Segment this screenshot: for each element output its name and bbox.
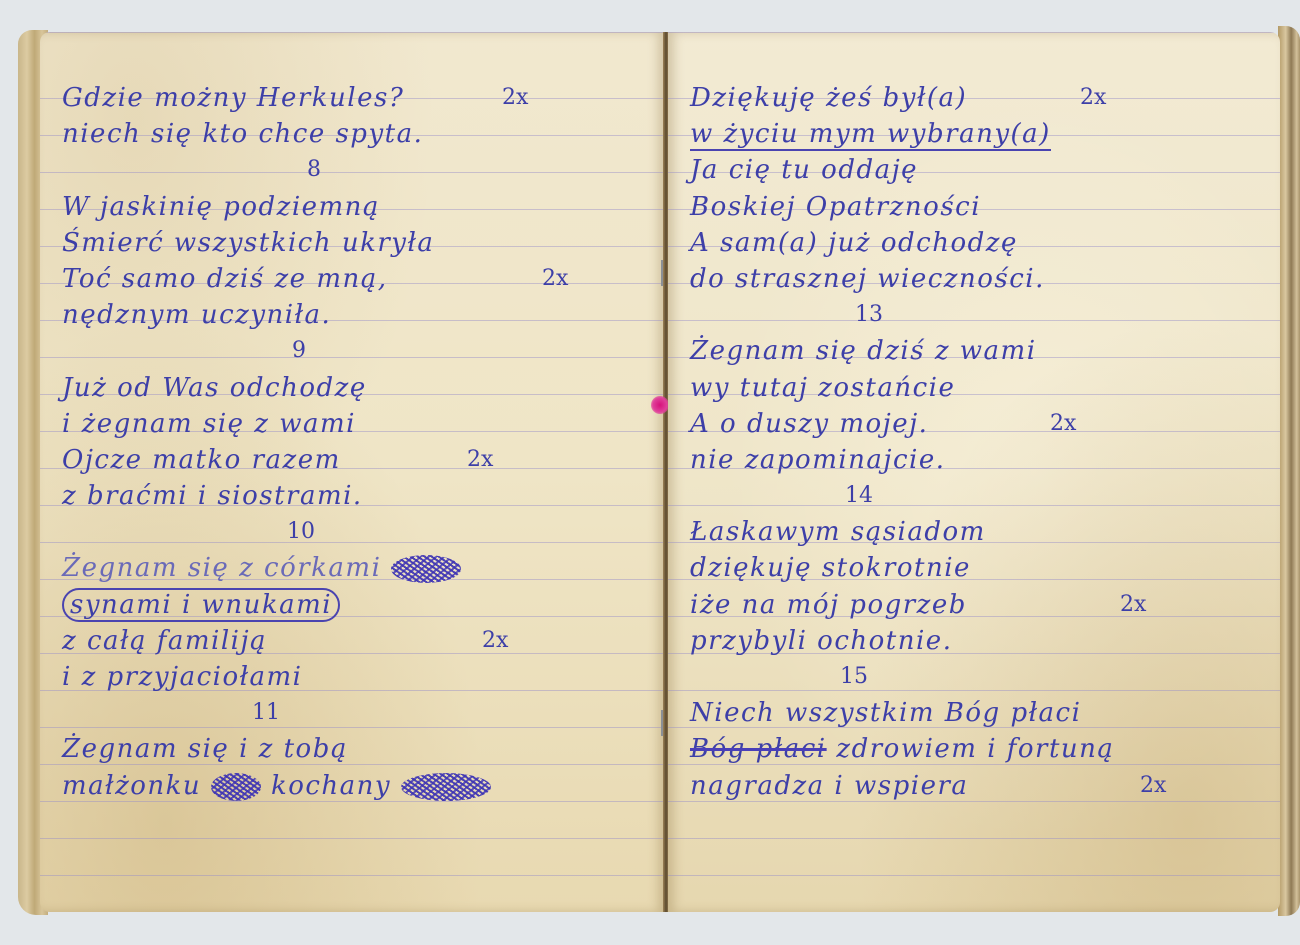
verse-number: 15 [690, 659, 1270, 695]
line-text: do strasznej wieczności. [690, 264, 1045, 294]
line-text: Ja cię tu oddaję [690, 155, 918, 185]
underlined-text: w życiu mym wybrany(a) [690, 119, 1051, 151]
text-line: nagradza i wspiera2x [690, 768, 1270, 804]
line-text: przybyli ochotnie. [690, 626, 952, 656]
line-text: Już od Was odchodzę [62, 373, 367, 403]
text-line: Żegnam się i z tobą [62, 731, 654, 767]
text-line: A o duszy mojej.2x [690, 406, 1270, 442]
text-line: i z przyjaciołami [62, 659, 654, 695]
text-line: przybyli ochotnie. [690, 623, 1270, 659]
text-line: A sam(a) już odchodzę [690, 225, 1270, 261]
repeat-mark: 2x [482, 623, 508, 659]
line-text: Ojcze matko razem [62, 445, 341, 475]
line-text: z braćmi i siostrami. [62, 481, 363, 511]
repeat-mark: 2x [1080, 80, 1106, 116]
line-text: A sam(a) już odchodzę [690, 228, 1018, 258]
line-text: z całą familiją [62, 626, 267, 656]
text-line: synami i wnukami [62, 587, 654, 623]
circled-text: synami i wnukami [62, 588, 340, 622]
scribbled-out-word [401, 773, 491, 801]
text-line: Ojcze matko razem2x [62, 442, 654, 478]
verse-number-text: 9 [292, 333, 306, 369]
scribbled-out-word [391, 555, 461, 583]
text-line: małżonku kochany [62, 768, 654, 804]
text-line: nie zapominajcie. [690, 442, 1270, 478]
text-line: Dziękuję żeś był(a)2x [690, 80, 1270, 116]
text-line: Już od Was odchodzę [62, 370, 654, 406]
notebook-spread: Gdzie możny Herkules?2x niech się kto ch… [18, 20, 1300, 925]
text-line: Boskiej Opatrzności [690, 189, 1270, 225]
repeat-mark: 2x [1120, 587, 1146, 623]
verse-number-text: 14 [845, 478, 873, 514]
line-text: Toć samo dziś ze mną, [62, 264, 388, 294]
right-page: Dziękuję żeś był(a)2x w życiu mym wybran… [668, 32, 1280, 912]
text-line: Żegnam się z córkami [62, 550, 654, 586]
line-text: nie zapominajcie. [690, 445, 946, 475]
text-line: Niech wszystkim Bóg płaci [690, 695, 1270, 731]
verse-number-text: 15 [840, 659, 868, 695]
struck-out-text: Bóg płaci [690, 734, 827, 764]
text-line: i żegnam się z wami [62, 406, 654, 442]
text-line: niech się kto chce spyta. [62, 116, 654, 152]
text-line: w życiu mym wybrany(a) [690, 116, 1270, 152]
text-line: Żegnam się dziś z wami [690, 333, 1270, 369]
repeat-mark: 2x [1140, 768, 1166, 804]
line-text: Dziękuję żeś był(a) [690, 83, 967, 113]
line-text: Gdzie możny Herkules? [62, 83, 404, 113]
text-line: dziękuję stokrotnie [690, 550, 1270, 586]
line-text: A o duszy mojej. [690, 409, 928, 439]
line-text: nagradza i wspiera [690, 771, 968, 801]
text-line: z całą familiją2x [62, 623, 654, 659]
verse-number-text: 8 [307, 152, 321, 188]
right-page-text: Dziękuję żeś był(a)2x w życiu mym wybran… [690, 80, 1270, 804]
verse-number: 10 [62, 514, 654, 550]
repeat-mark: 2x [467, 442, 493, 478]
line-text: zdrowiem i fortuną [836, 734, 1114, 764]
text-line: z braćmi i siostrami. [62, 478, 654, 514]
text-line: iże na mój pogrzeb2x [690, 587, 1270, 623]
verse-number: 14 [690, 478, 1270, 514]
left-page-text: Gdzie możny Herkules?2x niech się kto ch… [62, 80, 654, 804]
line-text: Boskiej Opatrzności [690, 192, 981, 222]
verse-number: 8 [62, 152, 654, 188]
line-text: kochany [271, 771, 391, 801]
text-line: wy tutaj zostańcie [690, 370, 1270, 406]
scribbled-out-word [211, 773, 261, 801]
repeat-mark: 2x [1050, 406, 1076, 442]
line-text: Śmierć wszystkich ukryła [62, 228, 434, 258]
line-text: Żegnam się dziś z wami [690, 336, 1037, 366]
left-page: Gdzie możny Herkules?2x niech się kto ch… [40, 32, 664, 912]
repeat-mark: 2x [542, 261, 568, 297]
text-line: do strasznej wieczności. [690, 261, 1270, 297]
line-text: Łaskawym sąsiadom [690, 517, 986, 547]
verse-number: 13 [690, 297, 1270, 333]
repeat-mark: 2x [502, 80, 528, 116]
line-text: W jaskinię podziemną [62, 192, 380, 222]
verse-number-text: 10 [287, 514, 315, 550]
verse-number-text: 11 [252, 695, 280, 731]
line-text: Żegnam się i z tobą [62, 734, 348, 764]
verse-number-text: 13 [855, 297, 883, 333]
page-stack-edge-right [1278, 26, 1300, 916]
line-text: iże na mój pogrzeb [690, 590, 967, 620]
line-text: niech się kto chce spyta. [62, 119, 423, 149]
line-text: i żegnam się z wami [62, 409, 356, 439]
pink-ink-mark [651, 396, 669, 414]
line-text: wy tutaj zostańcie [690, 373, 955, 403]
text-line: Łaskawym sąsiadom [690, 514, 1270, 550]
text-line: Toć samo dziś ze mną,2x [62, 261, 654, 297]
line-text: Niech wszystkim Bóg płaci [690, 698, 1081, 728]
text-line: Gdzie możny Herkules?2x [62, 80, 654, 116]
text-line: Bóg płaci zdrowiem i fortuną [690, 731, 1270, 767]
line-text: nędznym uczyniła. [62, 300, 331, 330]
text-line: Śmierć wszystkich ukryła [62, 225, 654, 261]
verse-number: 9 [62, 333, 654, 369]
text-line: nędznym uczyniła. [62, 297, 654, 333]
verse-number: 11 [62, 695, 654, 731]
line-text: i z przyjaciołami [62, 662, 303, 692]
line-text: Żegnam się z córkami [62, 553, 381, 583]
line-text: małżonku [62, 771, 201, 801]
text-line: W jaskinię podziemną [62, 189, 654, 225]
line-text: dziękuję stokrotnie [690, 553, 971, 583]
text-line: Ja cię tu oddaję [690, 152, 1270, 188]
